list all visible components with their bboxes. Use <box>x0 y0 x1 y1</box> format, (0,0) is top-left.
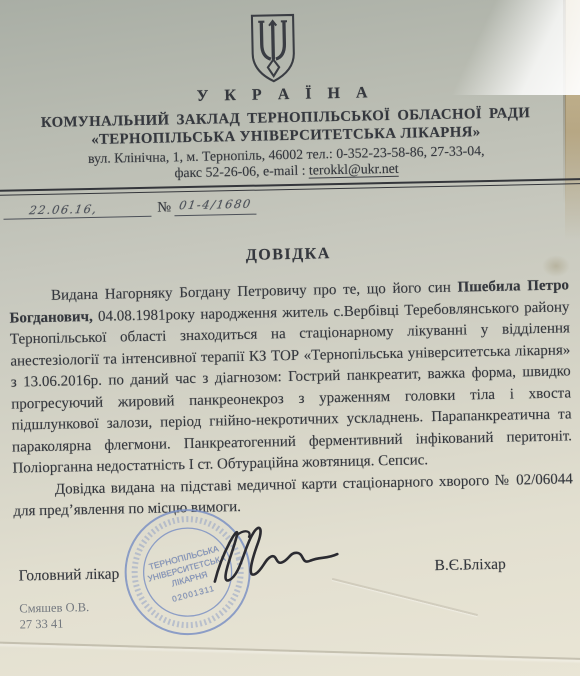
chief-doctor-signature <box>200 515 362 598</box>
date-underline <box>4 216 152 220</box>
certificate-sheet: У К Р А Ї Н А КОМУНАЛЬНИЙ ЗАКЛАД ТЕРНОПІ… <box>0 0 580 676</box>
certificate-body: Видана Нагорняку Богдану Петровичу про т… <box>9 275 574 523</box>
number-sign: № <box>157 199 171 216</box>
executor-phone: 27 33 41 <box>20 617 64 633</box>
chief-doctor-name: В.Є.Бліхар <box>434 556 506 575</box>
body-text-rest: 04.08.1981року народження житель с.Вербі… <box>10 299 572 477</box>
diagnosis-paragraph: Видана Нагорняку Богдану Петровичу про т… <box>9 275 573 480</box>
executor-name: Смяшев О.В. <box>19 600 89 616</box>
number-underline <box>174 214 256 217</box>
document-title: ДОВІДКА <box>0 240 578 270</box>
handwritten-number: 01-4/1680 <box>178 197 253 213</box>
document-photo: У К Р А Ї Н А КОМУНАЛЬНИЙ ЗАКЛАД ТЕРНОПІ… <box>0 0 580 676</box>
body-text-start: Видана Нагорняку Богдану Петровичу про т… <box>51 280 458 304</box>
email-text: terokkl@ukr.net <box>309 161 399 179</box>
fax-label: факс 52-26-06, e-mail : <box>174 163 309 181</box>
chief-doctor-label: Головний лікар <box>19 565 120 585</box>
handwritten-date: 22.06.16, <box>28 202 99 217</box>
ukraine-trident-emblem-icon <box>236 12 310 90</box>
